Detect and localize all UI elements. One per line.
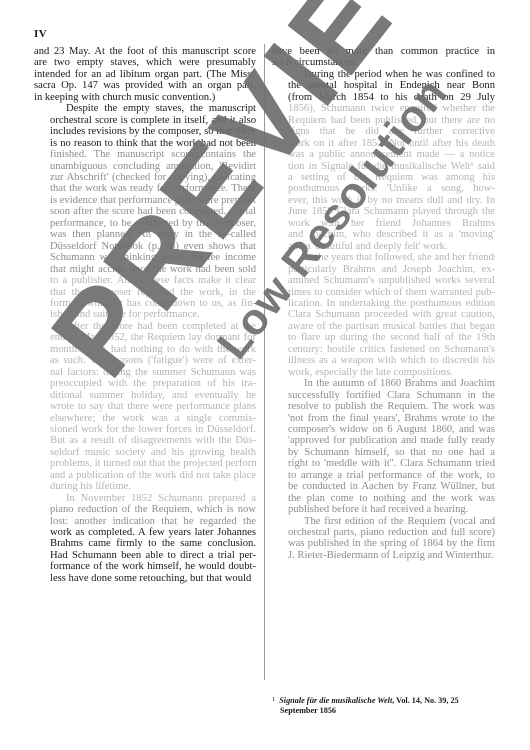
text-line: But as a result of disagreements with th… bbox=[34, 435, 256, 446]
left-text-column: and 23 May. At the foot of this manuscri… bbox=[34, 46, 256, 584]
text-line: composer's widow on 6 August 1860, and w… bbox=[272, 424, 495, 435]
text-line: the mental hospital in Endenich near Bon… bbox=[272, 80, 495, 91]
text-line: ished and suitable for performance. bbox=[34, 309, 256, 320]
text-line: particularly Brahms and Joseph Joachim, … bbox=[272, 264, 495, 275]
text-line: to a publisher. All of these facts make … bbox=[34, 275, 256, 286]
text-line: was published in the spring of 1864 by t… bbox=[272, 538, 495, 549]
text-line: The first edition of the Requiem (vocal … bbox=[272, 516, 495, 527]
text-line: sioned work for the lower forces in Düss… bbox=[34, 424, 256, 435]
text-line: the plan come to nothing and the work wa… bbox=[272, 493, 495, 504]
text-line: tion in Signale für die musikalische Wel… bbox=[272, 161, 495, 172]
text-line: that the work was ready for performance.… bbox=[34, 183, 256, 194]
text-line: ever, this work is by no means dull and … bbox=[272, 195, 495, 206]
text-line: work, especially the late compositions. bbox=[272, 367, 495, 378]
text-line: orchestral parts, piano reduction and fu… bbox=[272, 527, 495, 538]
text-line: lication. In undertaking the posthumous … bbox=[272, 298, 495, 309]
text-line: are two empty staves, which were presuma… bbox=[34, 57, 256, 68]
text-line: soon after the score had been completed.… bbox=[34, 206, 256, 217]
text-line: J. Rieter-Biedermann of Leipzig and Wint… bbox=[272, 550, 495, 561]
right-text-column: have been no more than common practice i… bbox=[272, 46, 495, 561]
text-line: amined Schumann's unpublished works seve… bbox=[272, 275, 495, 286]
text-line: by Schumann himself, so that no one had … bbox=[272, 447, 495, 458]
text-line: sacra Op. 147 was provided with an organ… bbox=[34, 80, 256, 91]
text-line: have been no more than common practice i… bbox=[272, 46, 495, 57]
text-line: work on it after 1852. Not until after h… bbox=[272, 138, 495, 149]
paragraph: After the score had been completed at th… bbox=[34, 321, 256, 493]
text-line: performance, to be conducted by the comp… bbox=[34, 218, 256, 229]
text-line: end of May 1852, the Requiem lay dormant… bbox=[34, 332, 256, 343]
text-line: and 23 May. At the foot of this manuscri… bbox=[34, 46, 256, 57]
text-line: posthumous works: 'Unlike a song, how- bbox=[272, 183, 495, 194]
text-line: a setting of the Requiem was among his bbox=[272, 172, 495, 183]
text-line: nal factors: during the summer Schumann … bbox=[34, 367, 256, 378]
column-divider bbox=[264, 44, 265, 680]
paragraph: In November 1852 Schumann prepared apian… bbox=[34, 493, 256, 585]
paragraph: During the period when he was confined t… bbox=[272, 69, 495, 252]
text-line: After the score had been completed at th… bbox=[34, 321, 256, 332]
text-line: during his lifetime. bbox=[34, 481, 256, 492]
text-line: form in which it has come down to us, as… bbox=[34, 298, 256, 309]
text-line: that the composer regarded the work, in … bbox=[34, 287, 256, 298]
text-line: and a publication of the work did not ta… bbox=[34, 470, 256, 481]
text-line: unambiguous concluding annotation, 'Revi… bbox=[34, 161, 256, 172]
text-line: formance of the work himself, he would d… bbox=[34, 561, 256, 572]
text-line: June 1858 Clara Schumann played through … bbox=[272, 206, 495, 217]
text-line: piano reduction of the Requiem, which is… bbox=[34, 504, 256, 515]
text-line: century: hostile critics fastened on Sch… bbox=[272, 344, 495, 355]
text-line: In November 1852 Schumann prepared a bbox=[34, 493, 256, 504]
page-number: IV bbox=[34, 28, 47, 40]
text-line: Requiem had been published, but there ar… bbox=[272, 115, 495, 126]
text-line: that might accrue once the work had been… bbox=[34, 264, 256, 275]
text-line: finished. The manuscript score contains … bbox=[34, 149, 256, 160]
text-line: Düsseldorf Notebook (p. 38) even shows t… bbox=[34, 241, 256, 252]
text-line: 'not from the final years', Brahms wrote… bbox=[272, 413, 495, 424]
text-line: 1856), Schumann twice enquired whether t… bbox=[272, 103, 495, 114]
text-line: wrote to say that there were performance… bbox=[34, 401, 256, 412]
footnote-title: Signale für die musikalische Welt bbox=[279, 696, 392, 705]
paragraph: In the autumn of 1860 Brahms and Joachim… bbox=[272, 378, 495, 515]
text-line: was then planned. An entry in the so-cal… bbox=[34, 229, 256, 240]
text-line: illness as a weapon with which to discre… bbox=[272, 355, 495, 366]
text-line: successfully fortified Clara Schumann in… bbox=[272, 390, 495, 401]
text-line: aware of the partisan musical battles th… bbox=[272, 321, 495, 332]
text-line: published before it had received a heari… bbox=[272, 504, 495, 515]
text-line: zur Abschrift' (checked for copying), in… bbox=[34, 172, 256, 183]
text-line: Despite the empty staves, the manuscript bbox=[34, 103, 256, 114]
text-line: to flare up during the second half of th… bbox=[272, 332, 495, 343]
text-line: elsewhere; the work was a single commis- bbox=[34, 413, 256, 424]
text-line: and Joachim, who described it as a 'movi… bbox=[272, 229, 495, 240]
text-line: as such. The reasons ('fatigue') were of… bbox=[34, 355, 256, 366]
text-line: is no reason to think that the work had … bbox=[34, 138, 256, 149]
text-line: is evidence that performance parts were … bbox=[34, 195, 256, 206]
text-line: work as completed. A few years later Joh… bbox=[34, 527, 256, 538]
text-line: signs that he did any further corrective bbox=[272, 126, 495, 137]
text-line: includes revisions by the composer, so t… bbox=[34, 126, 256, 137]
text-line: times to consider which of them warrante… bbox=[272, 287, 495, 298]
text-line: During the period when he was confined t… bbox=[272, 69, 495, 80]
text-line: be conducted in Aachen by Franz Wüllner,… bbox=[272, 481, 495, 492]
text-line: preoccupied with the preparation of his … bbox=[34, 378, 256, 389]
text-line: In the autumn of 1860 Brahms and Joachim bbox=[272, 378, 495, 389]
text-line: resolve to publish the Requiem. The work… bbox=[272, 401, 495, 412]
text-line: (from March 1854 to his death on 29 July bbox=[272, 92, 495, 103]
text-line: 'approved for publication and made fully… bbox=[272, 435, 495, 446]
text-line: seldorf music society and his growing he… bbox=[34, 447, 256, 458]
footnote: 1Signale für die musikalische Welt, Vol.… bbox=[272, 696, 495, 716]
text-line: Schumann was thinking about the fee inco… bbox=[34, 252, 256, 263]
text-line: In the years that followed, she and her … bbox=[272, 252, 495, 263]
text-line: work with her friend Johannes Brahms bbox=[272, 218, 495, 229]
text-line: Had Schumann been able to direct a trial… bbox=[34, 550, 256, 561]
text-line: and a 'beautiful and deeply felt' work. bbox=[272, 241, 495, 252]
text-line: less have done some retouching, but that… bbox=[34, 573, 256, 584]
paragraph: In the years that followed, she and her … bbox=[272, 252, 495, 378]
text-line: lost: another indication that he regarde… bbox=[34, 516, 256, 527]
paragraph: Despite the empty staves, the manuscript… bbox=[34, 103, 256, 321]
text-line: right to 'meddle with it''. Clara Schuma… bbox=[272, 458, 495, 469]
text-line: to arrange a trial performance of the wo… bbox=[272, 470, 495, 481]
text-line: months. This had nothing to do with the … bbox=[34, 344, 256, 355]
text-line: ditional summer holiday, and eventually … bbox=[34, 390, 256, 401]
text-line: such circumstances. bbox=[272, 57, 495, 68]
text-line: intended for an ad libitum organ part. (… bbox=[34, 69, 256, 80]
paragraph: have been no more than common practice i… bbox=[272, 46, 495, 69]
text-line: in keeping with church music convention.… bbox=[34, 92, 256, 103]
text-line: orchestral score is complete in itself, … bbox=[34, 115, 256, 126]
paragraph: The first edition of the Requiem (vocal … bbox=[272, 516, 495, 562]
text-line: problems, it turned out that the project… bbox=[34, 458, 256, 469]
text-line: Brahms came firmly to the same conclusio… bbox=[34, 538, 256, 549]
footnote-date: September 1856 bbox=[272, 706, 495, 715]
document-page: IV and 23 May. At the foot of this manus… bbox=[0, 0, 530, 750]
text-line: was a public announcement made — a notic… bbox=[272, 149, 495, 160]
footnote-citation: , Vol. 14, No. 39, 25 bbox=[392, 696, 458, 705]
text-line: Clara Schumann proceeded with great caut… bbox=[272, 309, 495, 320]
paragraph: and 23 May. At the foot of this manuscri… bbox=[34, 46, 256, 103]
footnote-mark: 1 bbox=[272, 696, 275, 703]
